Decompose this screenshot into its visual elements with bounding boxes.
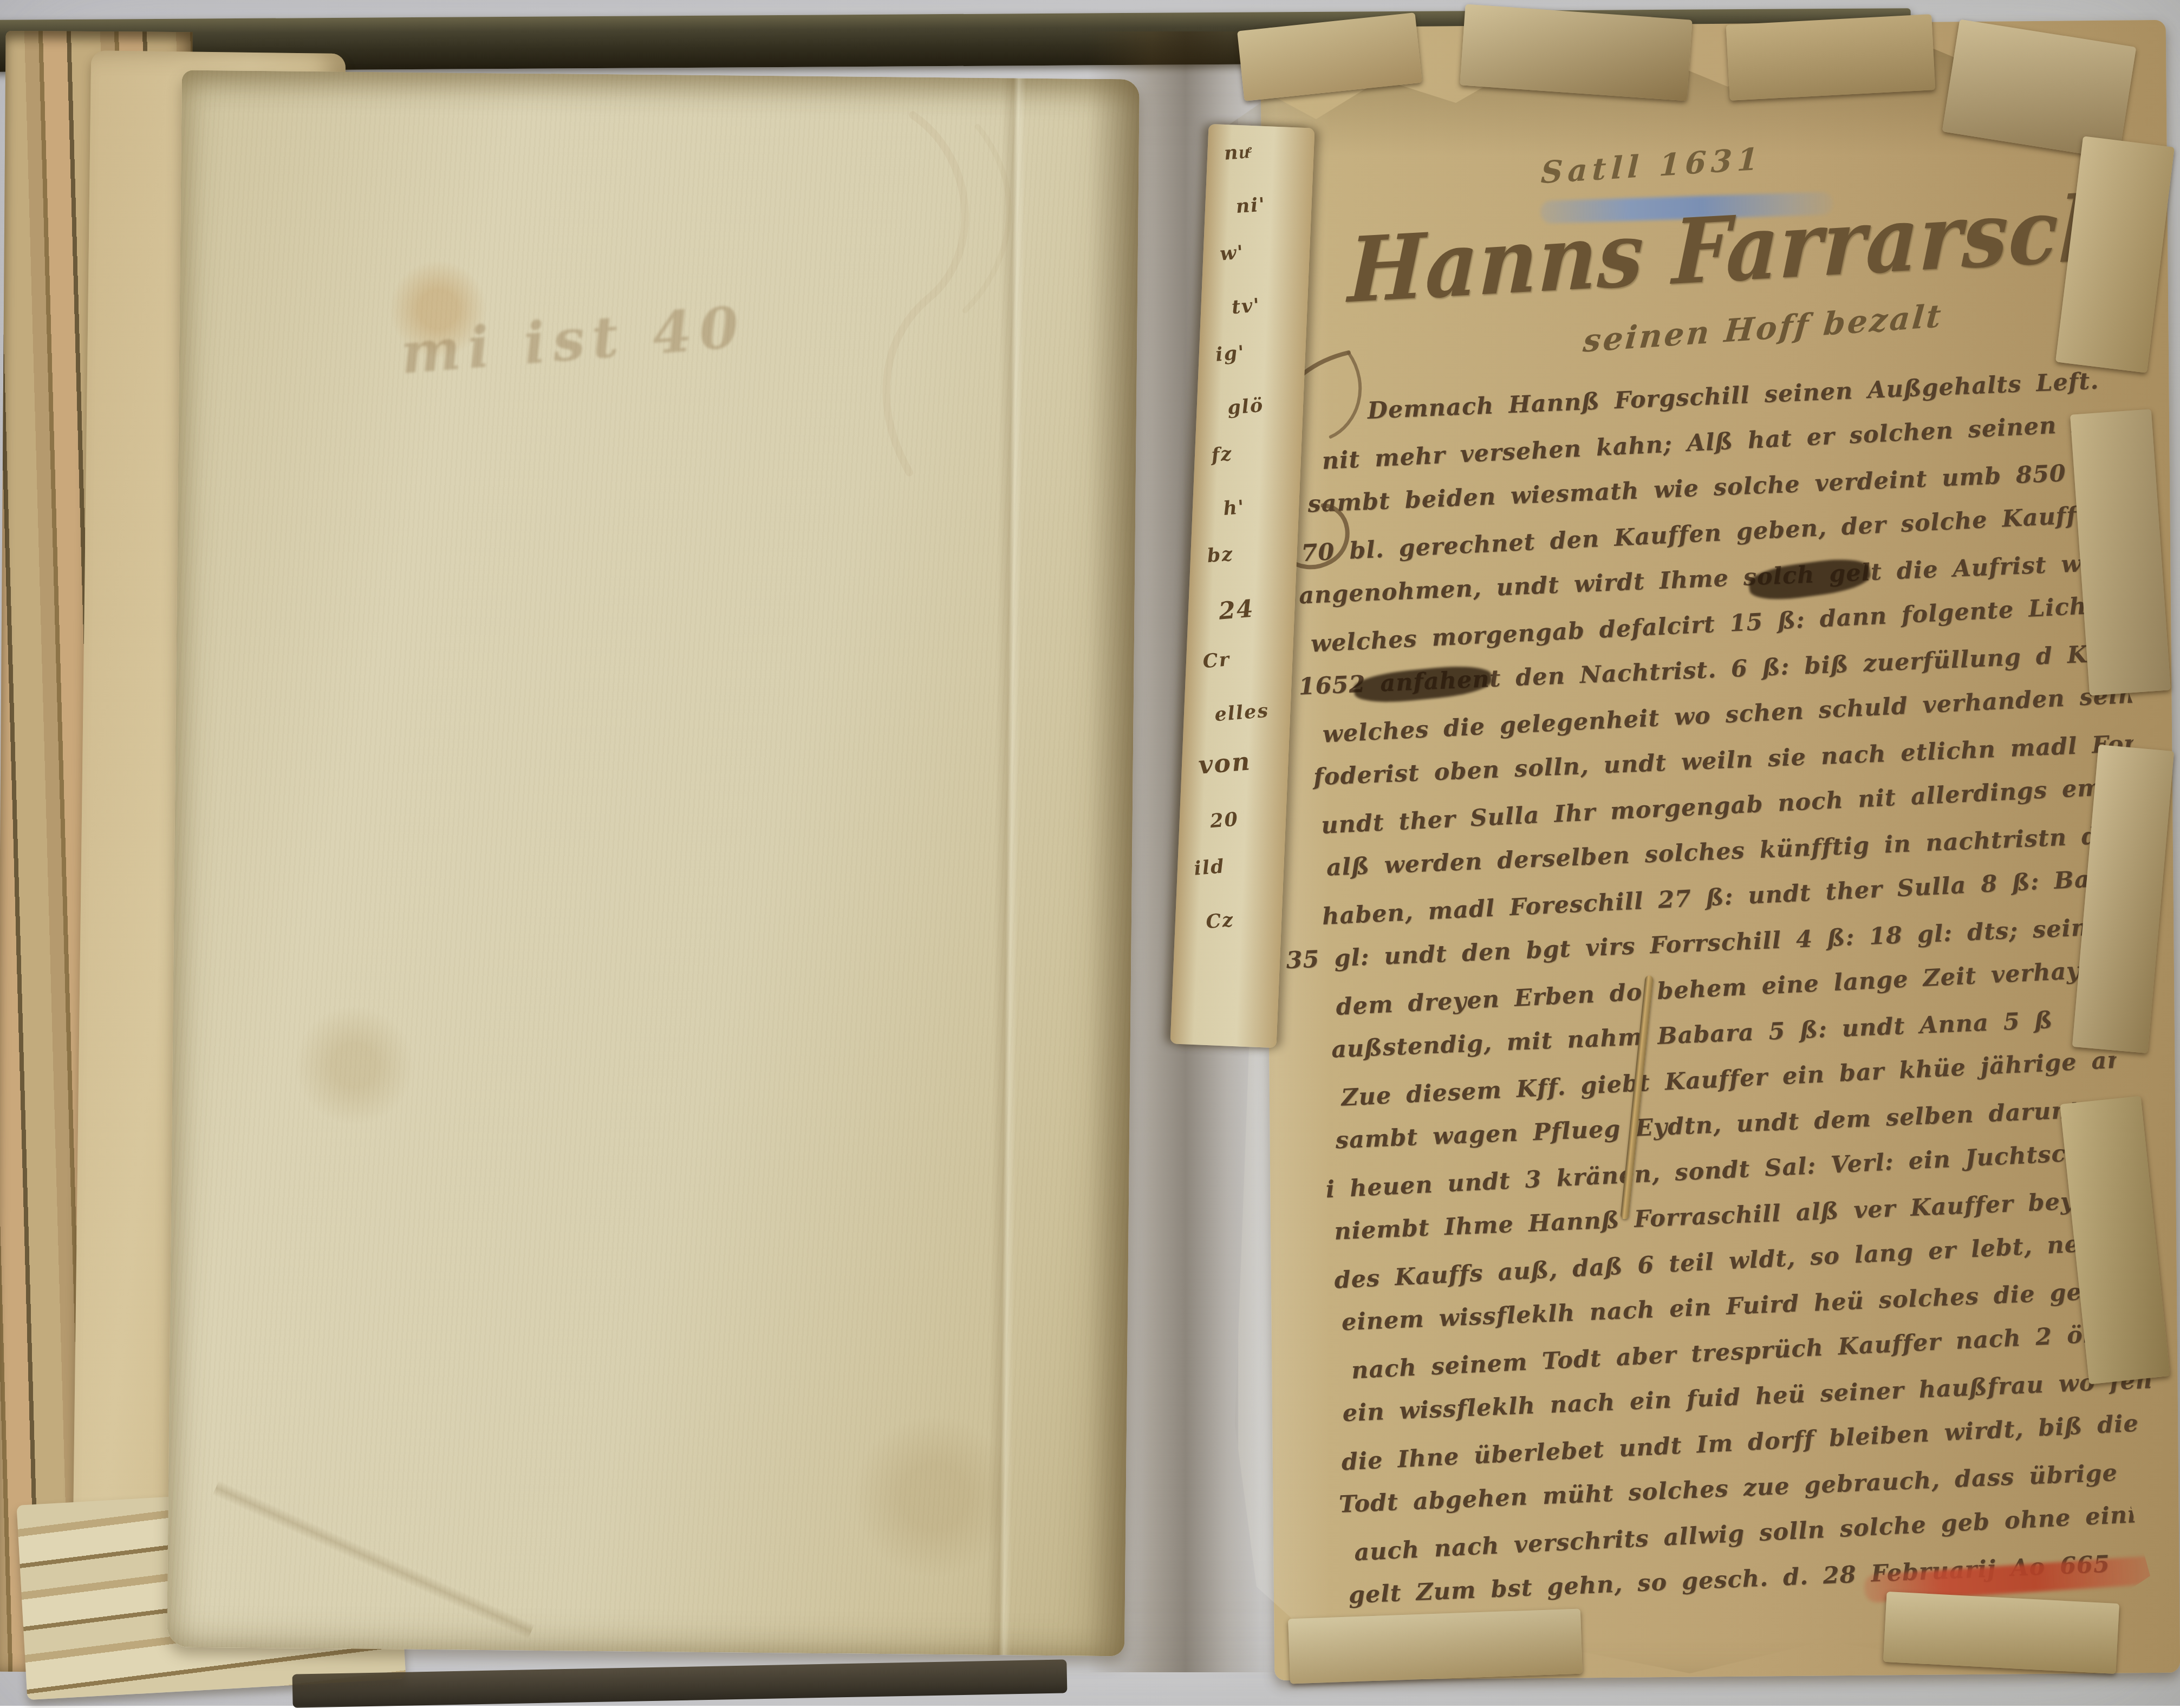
left-page-corner-crease xyxy=(212,1481,535,1639)
gutter-fragment: tv' xyxy=(1231,292,1308,317)
gutter-fragment: Cz xyxy=(1205,907,1282,931)
left-page-bleedthrough-text: mi ist 40 xyxy=(398,294,748,387)
page-title: Hanns Farrarschick xyxy=(1346,173,2161,323)
gutter-fragment: ild xyxy=(1193,852,1284,878)
gutter-fragment: ig' xyxy=(1215,338,1306,364)
gutter-fragment: nuͤ xyxy=(1224,137,1314,163)
torn-edge-flap xyxy=(1726,14,1936,101)
gutter-fragment: fz xyxy=(1211,439,1302,465)
gutter-fragment: von xyxy=(1198,746,1289,778)
torn-edge-flap xyxy=(1288,1609,1583,1684)
gutter-fragment: 24 xyxy=(1218,594,1296,624)
photo-backdrop: mi ist 40 Satll 1631 Hanns Farrarschick … xyxy=(0,0,2180,1706)
gutter-fragment: elles xyxy=(1214,699,1291,724)
torn-edge-flap xyxy=(1883,1592,2119,1674)
gutter-fragment: Cr xyxy=(1202,645,1293,671)
right-page: Satll 1631 Hanns Farrarschick seinen Hof… xyxy=(1174,15,2173,1685)
header-date: Satll 1631 xyxy=(1540,141,1763,191)
left-page: mi ist 40 xyxy=(167,70,1140,1657)
manuscript-body: Demnach Hannß Forgschill seinen Außgehal… xyxy=(1285,355,2180,1620)
left-page-faint-flourish xyxy=(746,92,1053,506)
book-cover-bottom-edge xyxy=(292,1659,1068,1706)
torn-edge-flap xyxy=(1460,4,1692,101)
manuscript-content: Satll 1631 Hanns Farrarschick seinen Hof… xyxy=(1238,103,2180,1658)
gutter-fragment: bz xyxy=(1206,539,1297,565)
gutter-fragment: 20 xyxy=(1209,806,1286,831)
gutter-fragment: w' xyxy=(1219,238,1310,264)
gutter-fragment: glö xyxy=(1227,393,1304,418)
gutter-fragment: h' xyxy=(1222,493,1299,518)
gutter-fragment: ni' xyxy=(1235,191,1312,216)
